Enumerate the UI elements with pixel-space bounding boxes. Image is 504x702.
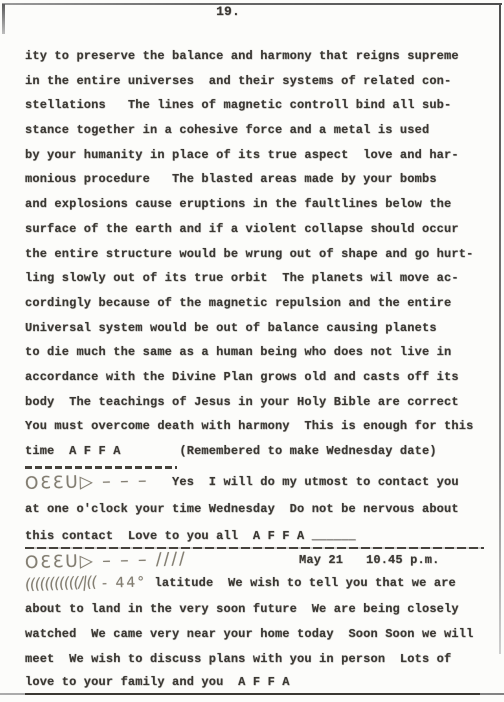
handwritten-code-symbols: ΟƐƐU▷ – – – <box>25 472 172 493</box>
body-paragraph: ity to preserve the balance and harmony … <box>25 44 488 464</box>
typed-line: at one o'clock your time Wednesday Do no… <box>25 501 459 518</box>
scanned-typewritten-page: 19. ity to preserve the balance and harm… <box>0 0 504 702</box>
typed-line: meet We wish to discuss plans with you i… <box>25 651 451 668</box>
typed-line: stance together in a cohesive force and … <box>25 118 488 143</box>
typed-line: ling slowly out of its true orbit The pl… <box>25 266 488 291</box>
typed-line: this contact Love to you all A F F A ___… <box>25 528 356 545</box>
typed-line: the entire structure would be wrung out … <box>25 242 488 267</box>
typed-line: ity to preserve the balance and harmony … <box>25 44 488 69</box>
typed-line: Yes I will do my utmost to contact you <box>172 474 459 491</box>
typed-line: Universal system would be out of balance… <box>25 316 488 341</box>
dashed-underline <box>25 466 177 469</box>
typed-line: body The teachings of Jesus in your Holy… <box>25 390 488 415</box>
typed-line: stellations The lines of magnetic contro… <box>25 93 488 118</box>
typed-line: monious procedure The blasted areas made… <box>25 167 488 192</box>
typed-line: about to land in the very soon future We… <box>25 601 459 618</box>
page-number: 19. <box>0 4 456 19</box>
typed-line: time A F F A (Remembered to make Wednesd… <box>25 439 488 464</box>
signature-underline: love to your family and you A F F A <box>25 674 480 695</box>
divider-rule <box>25 547 484 549</box>
typed-line: surface of the earth and if a violent co… <box>25 217 488 242</box>
handwritten-code-symbols: ΟƐƐU▷ – – – //// <box>25 549 187 573</box>
handwritten-latitude: - 44° <box>102 574 147 592</box>
contact-reply-row: ΟƐƐU▷ – – – Yes I will do my utmost to c… <box>25 474 488 491</box>
typed-line: to die much the same as a human being wh… <box>25 340 488 365</box>
typed-line: in the entire universes and their system… <box>25 69 488 94</box>
date-label: May 21 <box>299 553 343 567</box>
typed-line: latitude We wish to tell you that we are <box>155 575 456 592</box>
typed-line: watched We came very near your home toda… <box>25 626 473 643</box>
typed-line: accordance with the Divine Plan grows ol… <box>25 365 488 390</box>
scan-edge-right <box>499 4 501 654</box>
typed-line: cordingly because of the magnetic repuls… <box>25 291 488 316</box>
typed-line: You must overcome death with harmony Thi… <box>25 414 488 439</box>
typed-line: by your humanity in place of its true as… <box>25 143 488 168</box>
typed-line: and explosions cause eruptions in the fa… <box>25 192 488 217</box>
latitude-row: (((((((((((/|(( - 44° latitude We wish t… <box>25 575 488 592</box>
time-label: 10.45 p.m. <box>366 553 440 567</box>
handwritten-tally-marks: (((((((((((/|(( <box>24 574 97 594</box>
